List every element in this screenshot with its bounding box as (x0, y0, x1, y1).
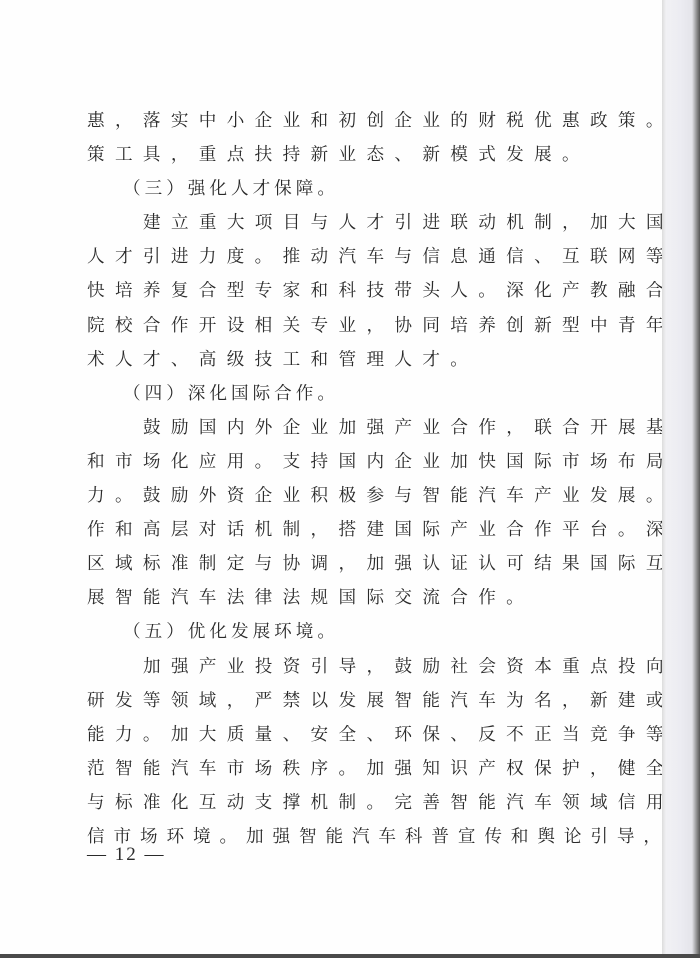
text-line: 人才引进力度。推动汽车与信息通信、互联网等领域人才交流，加 (87, 244, 627, 278)
text-line: 研发等领域，严禁以发展智能汽车为名，新建或扩大汽车整车生产 (87, 688, 627, 722)
text-line: 作和高层对话机制，搭建国际产业合作平台。深度参与国际标准、 (87, 517, 627, 551)
section-heading-5: （五）优化发展环境。 (87, 619, 627, 653)
text-line: 展智能汽车法律法规国际交流合作。 (87, 585, 627, 619)
document-page: 惠，落实中小企业和初创企业的财税优惠政策。利用金融租赁等政 策工具，重点扶持新业… (0, 0, 664, 954)
text-line: 范智能汽车市场秩序。加强知识产权保护，健全技术创新专利保护 (87, 756, 627, 790)
text-line: 惠，落实中小企业和初创企业的财税优惠政策。利用金融租赁等政 (87, 108, 627, 142)
text-line: 策工具，重点扶持新业态、新模式发展。 (87, 142, 627, 176)
paragraph-first-line: 加强产业投资引导，鼓励社会资本重点投向智能汽车关键技术 (87, 654, 627, 688)
section-heading-3: （三）强化人才保障。 (87, 176, 627, 210)
page-content: 惠，落实中小企业和初创企业的财税优惠政策。利用金融租赁等政 策工具，重点扶持新业… (87, 108, 627, 858)
text-line: 区域标准制定与协调，加强认证认可结果国际互认和采信。积极开 (87, 551, 627, 585)
paragraph-first-line: 鼓励国内外企业加强产业合作，联合开展基础研究、技术开发 (87, 415, 627, 449)
text-line: 能力。加大质量、安全、环保、反不正当竞争等监管执法力度，规 (87, 722, 627, 756)
text-line: 和市场化应用。支持国内企业加快国际市场布局，增强海外研发能 (87, 449, 627, 483)
text-line: 力。鼓励外资企业积极参与智能汽车产业发展。充分利用多双边合 (87, 483, 627, 517)
text-line: 术人才、高级技工和管理人才。 (87, 347, 627, 381)
page-number: — 12 — (87, 844, 166, 866)
section-heading-4: （四）深化国际合作。 (87, 381, 627, 415)
text-line: 院校合作开设相关专业，协同培养创新型中青年科技人才、工程技 (87, 313, 627, 347)
text-line: 与标准化互动支撑机制。完善智能汽车领域信用规范，营造诚实守 (87, 790, 627, 824)
paragraph-first-line: 建立重大项目与人才引进联动机制，加大国际领军人才和骨干 (87, 210, 627, 244)
scan-bottom-edge (0, 954, 700, 958)
text-line: 快培养复合型专家和科技带头人。深化产教融合，鼓励企业与高等 (87, 278, 627, 312)
scan-binding-edge (662, 0, 700, 958)
text-line: 信市场环境。加强智能汽车科普宣传和舆论引导，提高社会认知度。 (87, 824, 627, 858)
